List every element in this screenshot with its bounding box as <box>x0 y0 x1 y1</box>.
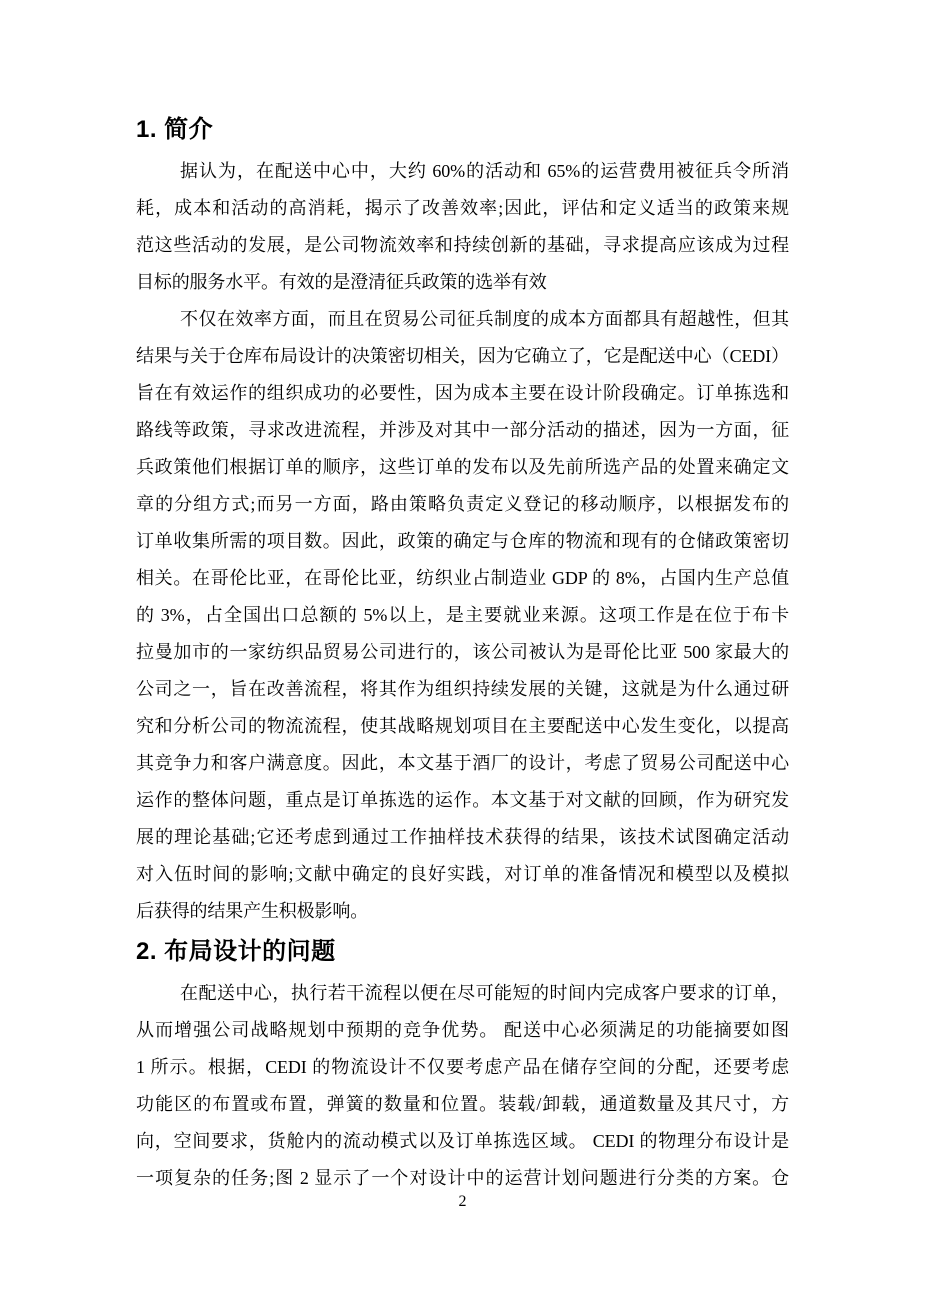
text-line: 后获得的结果产生积极影响。 <box>136 893 789 930</box>
text-line: 旨在有效运作的组织成功的必要性，因为成本主要在设计阶段确定。订单拣选和 <box>136 375 789 412</box>
text-line: 不仅在效率方面，而且在贸易公司征兵制度的成本方面都具有超越性，但其 <box>136 301 789 338</box>
text-line: 章的分组方式;而另一方面，路由策略负责定义登记的移动顺序，以根据发布的 <box>136 486 789 523</box>
text-line: 功能区的布置或布置，弹簧的数量和位置。装载/卸载，通道数量及其尺寸，方 <box>136 1086 789 1123</box>
paragraph: 不仅在效率方面，而且在贸易公司征兵制度的成本方面都具有超越性，但其结果与关于仓库… <box>136 301 789 930</box>
text-line: 相关。在哥伦比亚，在哥伦比亚，纺织业占制造业 GDP 的 8%，占国内生产总值 <box>136 560 789 597</box>
document-page: 1. 简介据认为，在配送中心中，大约 60%的活动和 65%的运营费用被征兵令所… <box>0 0 926 1309</box>
text-line: 据认为，在配送中心中，大约 60%的活动和 65%的运营费用被征兵令所消 <box>136 153 789 190</box>
text-line: 展的理论基础;它还考虑到通过工作抽样技术获得的结果，该技术试图确定活动 <box>136 819 789 856</box>
text-line: 订单收集所需的项目数。因此，政策的确定与仓库的物流和现有的仓储政策密切 <box>136 523 789 560</box>
text-line: 运作的整体问题，重点是订单拣选的运作。本文基于对文献的回顾，作为研究发 <box>136 782 789 819</box>
text-line: 向，空间要求，货舱内的流动模式以及订单拣选区域。 CEDI 的物理分布设计是 <box>136 1123 789 1160</box>
section-heading: 1. 简介 <box>136 113 789 146</box>
text-line: 在配送中心，执行若干流程以便在尽可能短的时间内完成客户要求的订单， <box>136 975 789 1012</box>
text-line: 1 所示。根据，CEDI 的物流设计不仅要考虑产品在储存空间的分配，还要考虑 <box>136 1049 789 1086</box>
text-line: 兵政策他们根据订单的顺序，这些订单的发布以及先前所选产品的处置来确定文 <box>136 449 789 486</box>
text-line: 耗，成本和活动的高消耗，揭示了改善效率;因此，评估和定义适当的政策来规 <box>136 190 789 227</box>
text-line: 究和分析公司的物流流程，使其战略规划项目在主要配送中心发生变化，以提高 <box>136 708 789 745</box>
text-line: 拉曼加市的一家纺织品贸易公司进行的，该公司被认为是哥伦比亚 500 家最大的 <box>136 634 789 671</box>
text-line: 公司之一，旨在改善流程，将其作为组织持续发展的关键，这就是为什么通过研 <box>136 671 789 708</box>
paragraph: 在配送中心，执行若干流程以便在尽可能短的时间内完成客户要求的订单，从而增强公司战… <box>136 975 789 1197</box>
text-line: 其竞争力和客户满意度。因此，本文基于酒厂的设计，考虑了贸易公司配送中心 <box>136 745 789 782</box>
document-body: 1. 简介据认为，在配送中心中，大约 60%的活动和 65%的运营费用被征兵令所… <box>136 113 789 1197</box>
text-line: 对入伍时间的影响;文献中确定的良好实践，对订单的准备情况和模型以及模拟 <box>136 856 789 893</box>
text-line: 的 3%，占全国出口总额的 5%以上，是主要就业来源。这项工作是在位于布卡 <box>136 597 789 634</box>
paragraph: 据认为，在配送中心中，大约 60%的活动和 65%的运营费用被征兵令所消耗，成本… <box>136 153 789 301</box>
text-line: 目标的服务水平。有效的是澄清征兵政策的选举有效 <box>136 264 789 301</box>
text-line: 结果与关于仓库布局设计的决策密切相关，因为它确立了，它是配送中心（CEDI） <box>136 338 789 375</box>
section-heading: 2. 布局设计的问题 <box>136 935 789 968</box>
text-line: 从而增强公司战略规划中预期的竞争优势。 配送中心必须满足的功能摘要如图 <box>136 1012 789 1049</box>
text-line: 范这些活动的发展，是公司物流效率和持续创新的基础，寻求提高应该成为过程 <box>136 227 789 264</box>
text-line: 路线等政策，寻求改进流程，并涉及对其中一部分活动的描述，因为一方面，征 <box>136 412 789 449</box>
